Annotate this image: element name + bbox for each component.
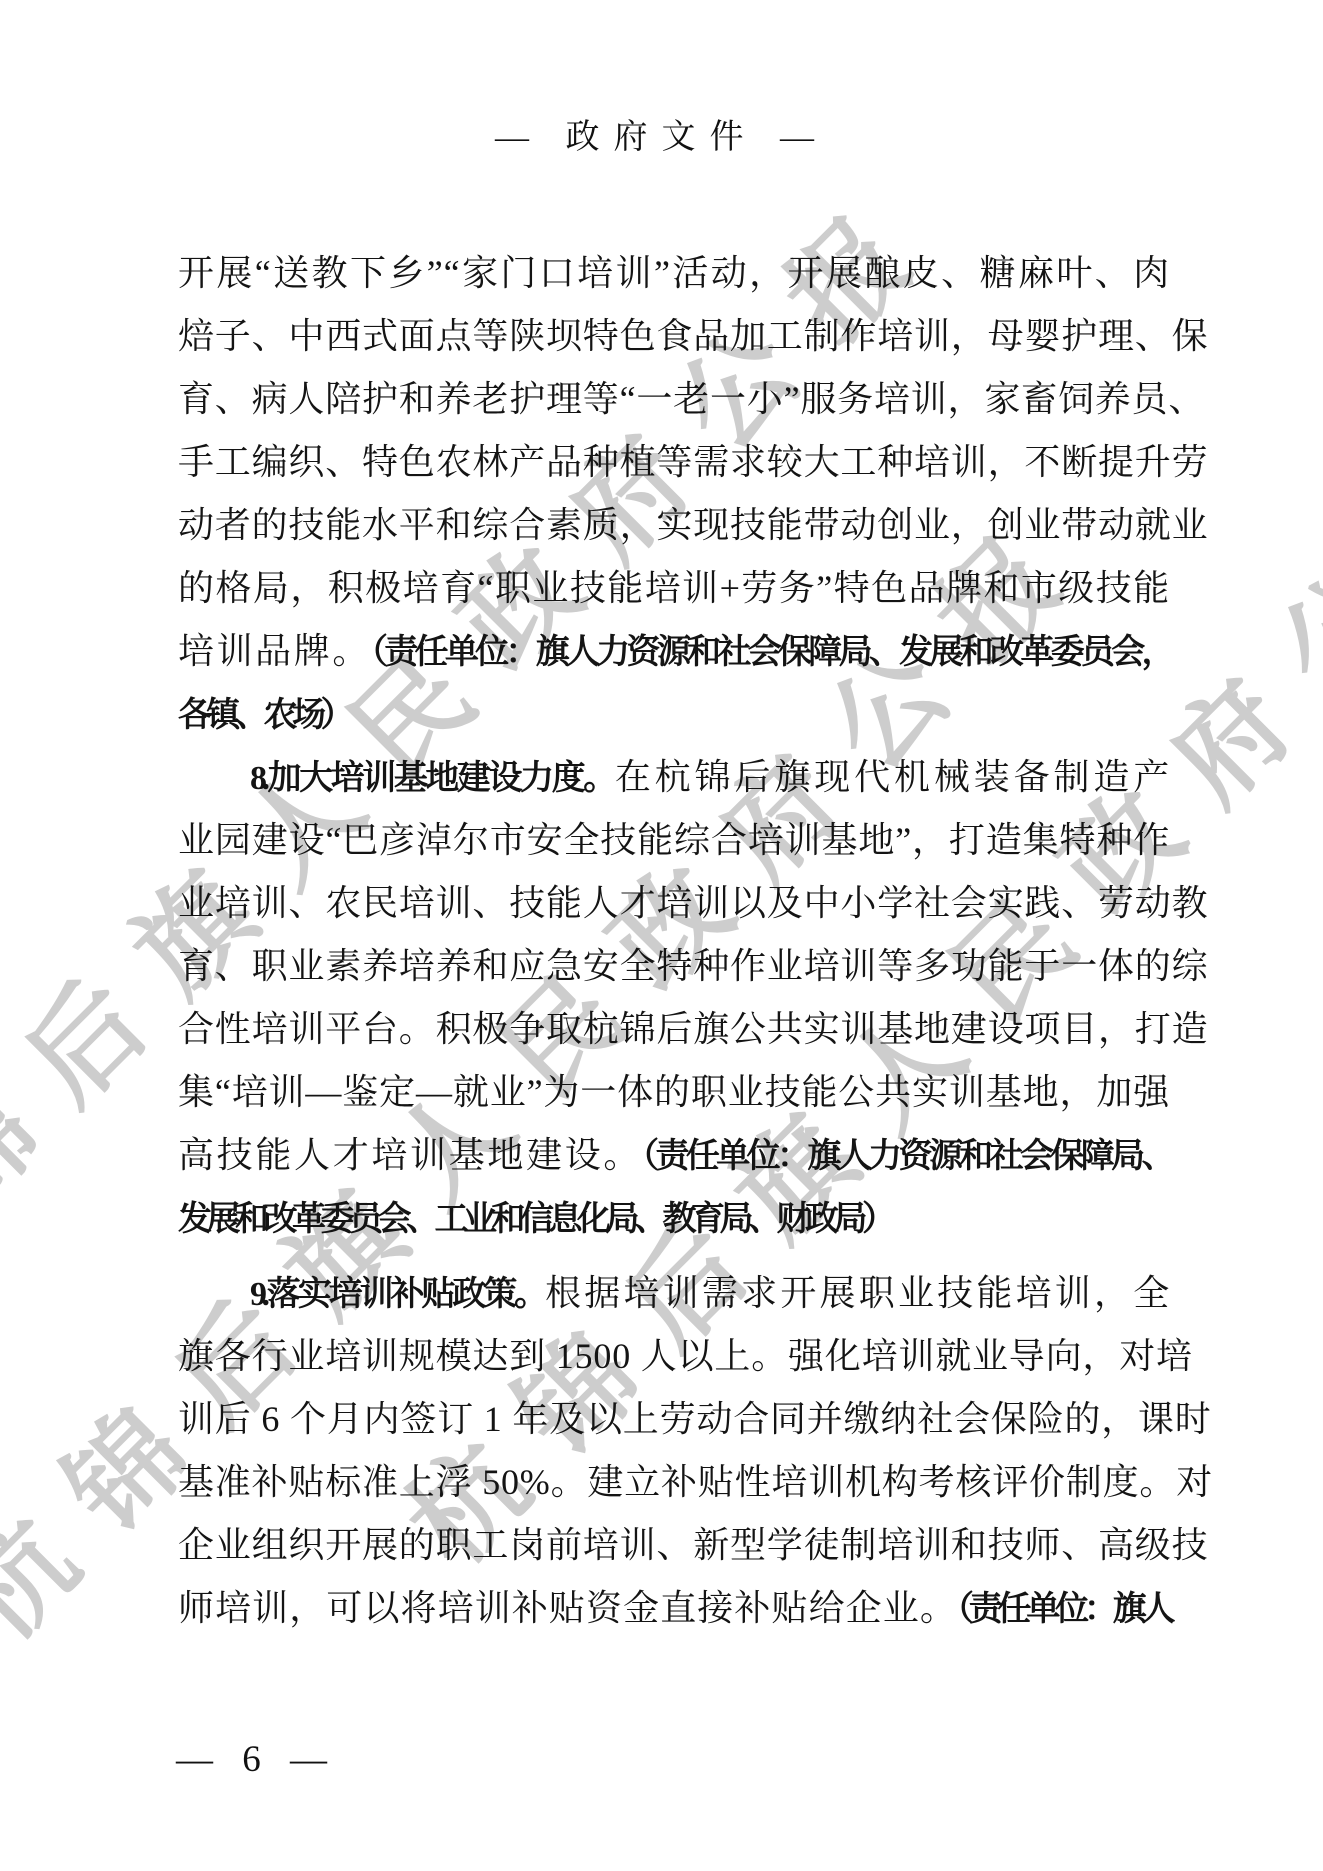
text-line: 企业组织开展的职工岗前培训、新型学徒制培训和技师、高级技 [178, 1514, 1170, 1577]
page-number: — 6 — [176, 1738, 337, 1782]
text-line: 业园建设“巴彦淖尔市安全技能综合培训基地”，打造集特种作 [178, 809, 1170, 872]
text-segment: 师培训，可以将培训补贴资金直接补贴给企业。 [178, 1588, 957, 1628]
page-header-title: — 政府文件 — [0, 118, 1323, 158]
document-page: 杭锦后旗人民政府公报杭锦后旗人民政府公报杭锦后旗人民政府公报 — 政府文件 — … [0, 0, 1323, 1871]
text-segment-bold: 发展和改革委员会、工业和信息化局、教育局、财政局） [178, 1201, 891, 1238]
text-line: 育、病人陪护和养老护理等“一老一小”服务培训，家畜饲养员、 [178, 368, 1170, 431]
text-segment: 的格局，积极培育“职业技能培训+劳务”特色品牌和市级技能 [178, 568, 1170, 608]
text-line: 发展和改革委员会、工业和信息化局、教育局、财政局） [178, 1187, 1170, 1250]
text-segment: 集“培训—鉴定—就业”为一体的职业技能公共实训基地，加强 [178, 1072, 1170, 1112]
text-line: 9.落实培训补贴政策。根据培训需求开展职业技能培训，全 [178, 1262, 1170, 1325]
text-line: 高技能人才培训基地建设。（责任单位：旗人力资源和社会保障局、 [178, 1124, 1170, 1187]
text-line: 手工编织、特色农林产品种植等需求较大工种培训，不断提升劳 [178, 431, 1170, 494]
text-segment: 训后 6 个月内签订 1 年及以上劳动合同并缴纳社会保险的，课时 [178, 1399, 1212, 1439]
text-line: 的格局，积极培育“职业技能培训+劳务”特色品牌和市级技能 [178, 557, 1170, 620]
text-segment: 育、职业素养培养和应急安全特种作业培训等多功能于一体的综 [178, 946, 1208, 986]
text-line: 焙子、中西式面点等陕坝特色食品加工制作培训，母婴护理、保 [178, 305, 1170, 368]
text-segment-bold: （责任单位：旗人力资源和社会保障局、发展和改革委员会， [371, 634, 1170, 671]
text-segment: 育、病人陪护和养老护理等“一老一小”服务培训，家畜饲养员、 [178, 379, 1205, 419]
text-segment: 根据培训需求开展职业技能培训，全 [545, 1273, 1170, 1313]
text-line: 开展“送教下乡”“家门口培训”活动，开展酿皮、糖麻叶、肉 [178, 242, 1170, 305]
text-line: 师培训，可以将培训补贴资金直接补贴给企业。（责任单位：旗人 [178, 1577, 1170, 1640]
text-line: 训后 6 个月内签订 1 年及以上劳动合同并缴纳社会保险的，课时 [178, 1388, 1170, 1451]
text-segment: 旗各行业培训规模达到 1500 人以上。强化培训就业导向，对培 [178, 1336, 1193, 1376]
text-line: 育、职业素养培养和应急安全特种作业培训等多功能于一体的综 [178, 935, 1170, 998]
text-line: 8.加大培训基地建设力度。在杭锦后旗现代机械装备制造产 [178, 746, 1170, 809]
text-line: 基准补贴标准上浮 50%。建立补贴性培训机构考核评价制度。对 [178, 1451, 1170, 1514]
text-line: 各镇、农场） [178, 683, 1170, 746]
text-segment: 企业组织开展的职工岗前培训、新型学徒制培训和技师、高级技 [178, 1525, 1208, 1565]
text-segment-bold: 9.落实培训补贴政策。 [250, 1276, 545, 1313]
text-line: 培训品牌。（责任单位：旗人力资源和社会保障局、发展和改革委员会， [178, 620, 1170, 683]
text-segment: 合性培训平台。积极争取杭锦后旗公共实训基地建设项目，打造 [178, 1009, 1208, 1049]
text-segment: 动者的技能水平和综合素质，实现技能带动创业，创业带动就业 [178, 505, 1208, 545]
text-segment: 业园建设“巴彦淖尔市安全技能综合培训基地”，打造集特种作 [178, 820, 1170, 860]
document-body: 开展“送教下乡”“家门口培训”活动，开展酿皮、糖麻叶、肉焙子、中西式面点等陕坝特… [178, 242, 1170, 1640]
text-line: 旗各行业培训规模达到 1500 人以上。强化培训就业导向，对培 [178, 1325, 1170, 1388]
text-segment: 手工编织、特色农林产品种植等需求较大工种培训，不断提升劳 [178, 442, 1208, 482]
text-segment: 在杭锦后旗现代机械装备制造产 [615, 757, 1170, 797]
text-segment-bold: 各镇、农场） [178, 697, 349, 734]
text-segment-bold: 8.加大培训基地建设力度。 [250, 760, 615, 797]
text-line: 动者的技能水平和综合素质，实现技能带动创业，创业带动就业 [178, 494, 1170, 557]
text-segment-bold: （责任单位：旗人力资源和社会保障局、 [642, 1138, 1170, 1175]
text-line: 业培训、农民培训、技能人才培训以及中小学社会实践、劳动教 [178, 872, 1170, 935]
text-segment: 基准补贴标准上浮 50%。建立补贴性培训机构考核评价制度。对 [178, 1462, 1213, 1502]
text-segment-bold: （责任单位：旗人 [957, 1591, 1170, 1628]
text-segment: 业培训、农民培训、技能人才培训以及中小学社会实践、劳动教 [178, 883, 1208, 923]
text-line: 合性培训平台。积极争取杭锦后旗公共实训基地建设项目，打造 [178, 998, 1170, 1061]
text-segment: 焙子、中西式面点等陕坝特色食品加工制作培训，母婴护理、保 [178, 316, 1208, 356]
text-segment: 开展“送教下乡”“家门口培训”活动，开展酿皮、糖麻叶、肉 [178, 253, 1170, 293]
text-segment: 高技能人才培训基地建设。 [178, 1135, 642, 1175]
text-line: 集“培训—鉴定—就业”为一体的职业技能公共实训基地，加强 [178, 1061, 1170, 1124]
text-segment: 培训品牌。 [178, 631, 371, 671]
